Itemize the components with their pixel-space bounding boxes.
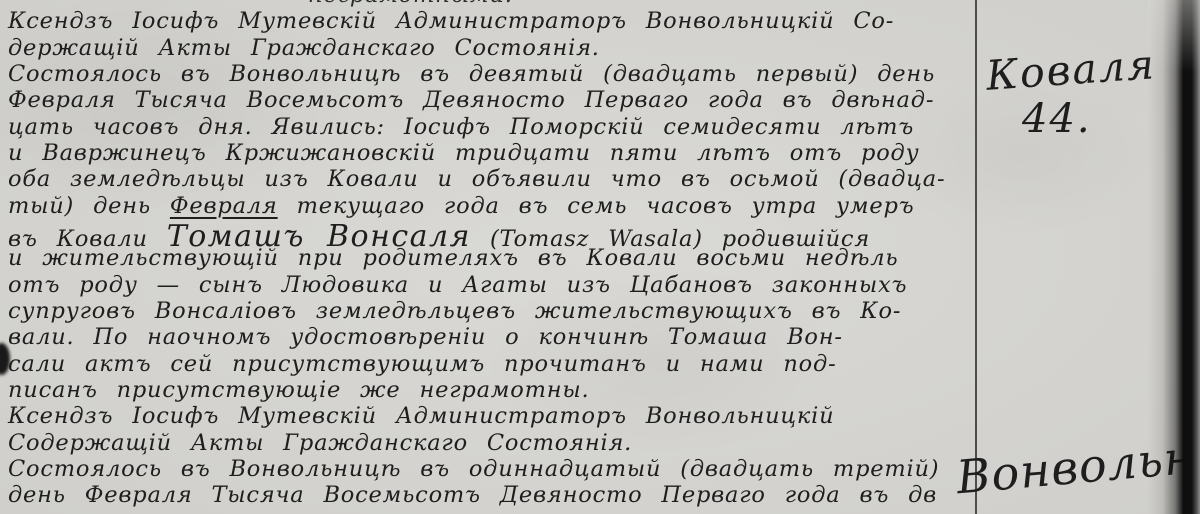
line-text: супруговъ Вонсаліовъ земледѣльцевъ жител…	[8, 298, 901, 324]
manuscript-line: и жительствующій при родителяхъ въ Ковал…	[8, 245, 970, 271]
line-text: оба земледѣльцы изъ Ковали и объявили чт…	[8, 166, 945, 192]
line-text: отъ роду — сынъ Людовика и Агаты изъ Цаб…	[8, 272, 907, 298]
manuscript-line-fragment: неграмотными.	[8, 0, 970, 8]
manuscript-line: Февраля Тысяча Восемьсотъ Девяносто Перв…	[8, 87, 970, 113]
line-text: Содержащій Акты Гражданскаго Состоянія.	[8, 430, 632, 456]
line-text: Состоялось въ Вонвольницѣ въ девятый (дв…	[8, 61, 935, 87]
manuscript-line: и Вавржинецъ Кржижановскій тридцати пяти…	[8, 140, 970, 166]
line-text: день Февраля Тысяча Восемьсотъ Девяносто…	[8, 482, 937, 508]
line-text: вали. По наочномъ удостовѣреніи о кончин…	[8, 324, 843, 350]
manuscript-line: писанъ присутствующіе же неграмотны.	[8, 377, 970, 403]
manuscript-line: вали. По наочномъ удостовѣреніи о кончин…	[8, 324, 970, 350]
margin-place-label: Коваля	[985, 40, 1158, 100]
line-text: сали актъ сей присутствующимъ прочитанъ …	[8, 351, 836, 377]
line-text: Состоялось въ Вонвольницѣ въ одиннадцаты…	[8, 456, 939, 482]
line-text: и Вавржинецъ Кржижановскій тридцати пяти…	[8, 140, 919, 166]
manuscript-line: тый) день Февраля текущаго года въ семь …	[8, 193, 970, 219]
manuscript-line: Ксендзъ Іосифъ Мутевскій Администраторъ …	[8, 8, 970, 34]
book-binding-edge-shadow	[1148, 0, 1200, 514]
manuscript-line: Состоялось въ Вонвольницѣ въ одиннадцаты…	[8, 456, 970, 482]
fragment-text: неграмотными.	[308, 0, 513, 8]
manuscript-line: отъ роду — сынъ Людовика и Агаты изъ Цаб…	[8, 272, 970, 298]
manuscript-line: день Февраля Тысяча Восемьсотъ Девяносто…	[8, 482, 970, 508]
margin-divider-rule	[975, 0, 977, 514]
line-text: Ксендзъ Іосифъ Мутевскій Администраторъ …	[8, 8, 894, 34]
manuscript-line: сали актъ сей присутствующимъ прочитанъ …	[8, 351, 970, 377]
manuscript-line: оба земледѣльцы изъ Ковали и объявили чт…	[8, 166, 970, 192]
line-text: цать часовъ дня. Явились: Іосифъ Поморск…	[8, 114, 914, 140]
manuscript-line: супруговъ Вонсаліовъ земледѣльцевъ жител…	[8, 298, 970, 324]
line-text: тый) день	[8, 193, 170, 219]
underlined-word-february: Февраля	[170, 193, 278, 219]
manuscript-line: Содержащій Акты Гражданскаго Состоянія.	[8, 430, 970, 456]
manuscript-line: въ Ковали Томашъ Вонсаля (Tomasz Wasala)…	[8, 219, 970, 245]
line-text: и жительствующій при родителяхъ въ Ковал…	[8, 245, 898, 271]
line-text: Ксендзъ Іосифъ Мутевскій Администраторъ …	[8, 403, 834, 429]
scanned-manuscript-page: неграмотными. Ксендзъ Іосифъ Мутевскій А…	[0, 0, 1200, 514]
manuscript-line: Состоялось въ Вонвольницѣ въ девятый (дв…	[8, 61, 970, 87]
manuscript-line: Ксендзъ Іосифъ Мутевскій Администраторъ …	[8, 403, 970, 429]
line-text: писанъ присутствующіе же неграмотны.	[8, 377, 589, 403]
manuscript-line: цать часовъ дня. Явились: Іосифъ Поморск…	[8, 114, 970, 140]
line-text: текущаго года въ семь часовъ утра умеръ	[278, 193, 915, 219]
line-text: Февраля Тысяча Восемьсотъ Девяносто Перв…	[8, 87, 934, 113]
manuscript-text-column: неграмотными. Ксендзъ Іосифъ Мутевскій А…	[8, 0, 970, 509]
margin-record-number: 44.	[1022, 96, 1092, 142]
line-text: держащій Акты Гражданскаго Состоянія.	[8, 35, 600, 61]
manuscript-line: держащій Акты Гражданскаго Состоянія.	[8, 35, 970, 61]
